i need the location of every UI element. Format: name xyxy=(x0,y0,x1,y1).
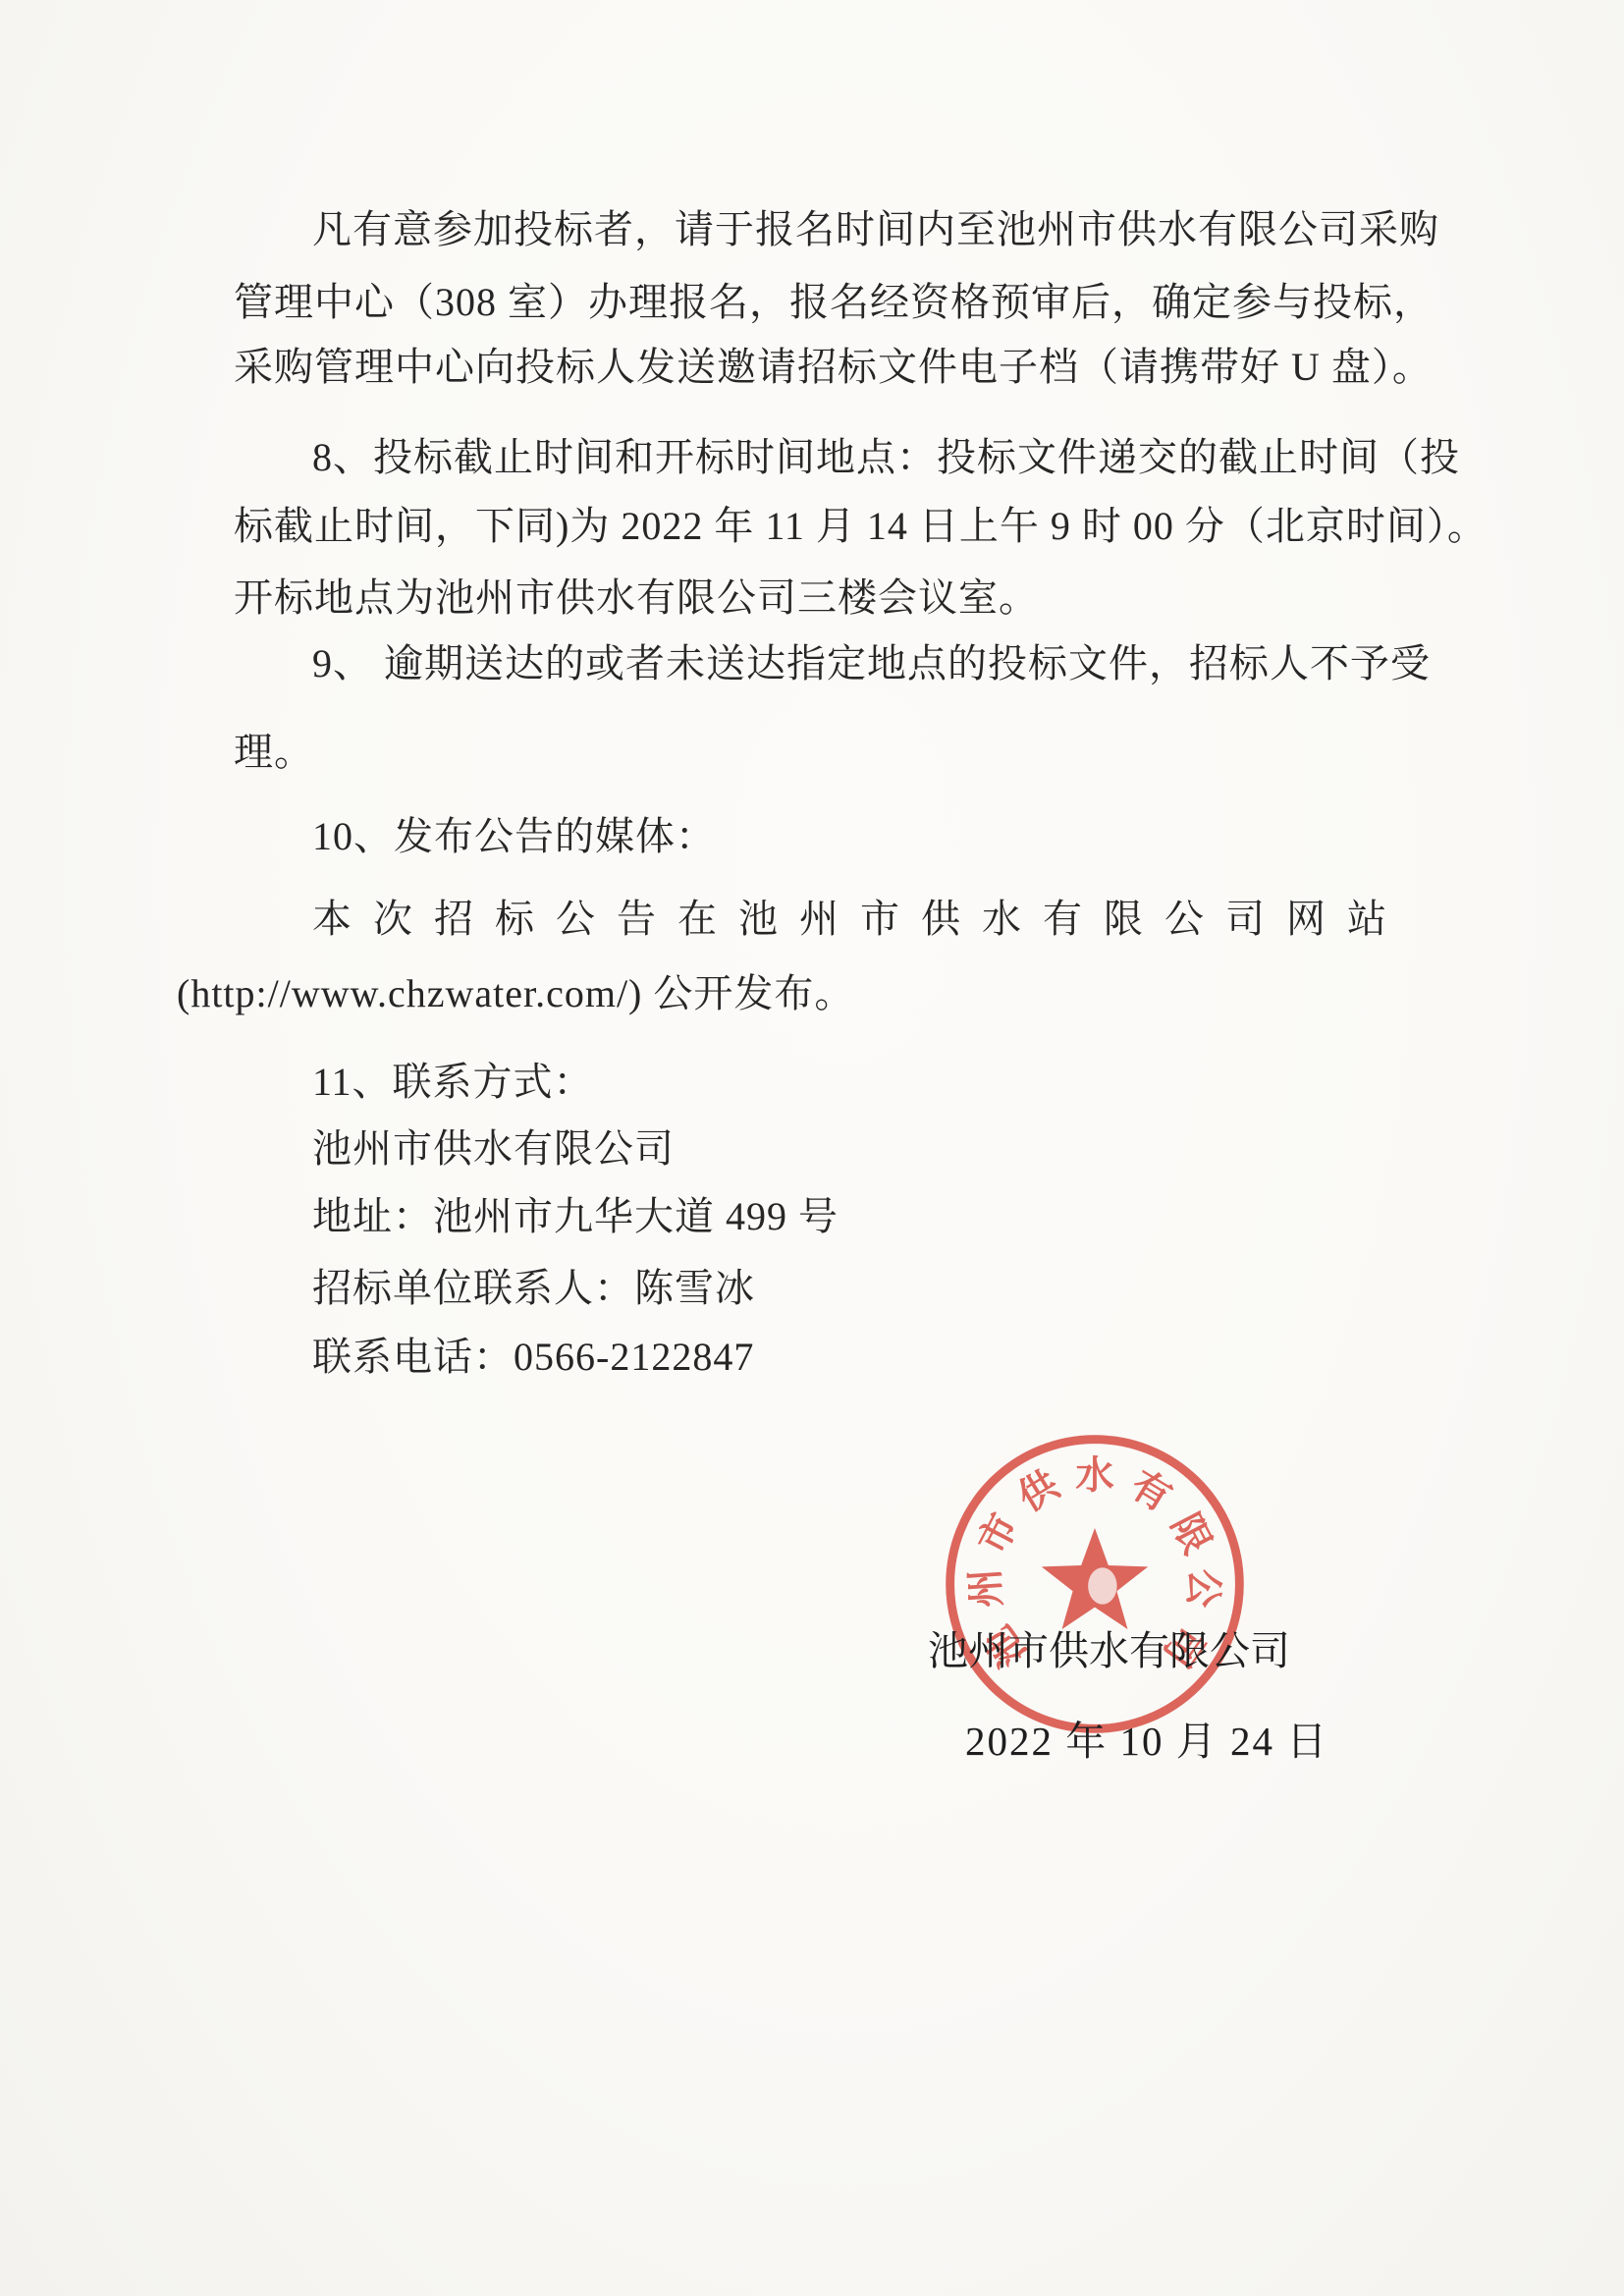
item11-address: 地址：池州市九华大道 499 号 xyxy=(312,1191,1500,1242)
item11-phone: 联系电话：0566-2122847 xyxy=(312,1332,1500,1383)
seal-ring-char: 供 xyxy=(1010,1462,1066,1519)
signature-company: 池州市供水有限公司 xyxy=(928,1618,1290,1676)
seal-ring-char: 有 xyxy=(1123,1463,1178,1520)
seal-ring-char: 水 xyxy=(1075,1453,1113,1497)
item11-heading: 11、联系方式： xyxy=(312,1057,1500,1108)
signature-date: 2022 年 10 月 24 日 xyxy=(965,1709,1328,1767)
document-page: 凡有意参加投标者，请于报名时间内至池州市供水有限公司采购 管理中心（308 室）… xyxy=(0,0,1624,2296)
intro-line-2: 管理中心（308 室）办理报名，报名经资格预审后，确定参与投标， xyxy=(234,277,1422,328)
intro-line-1: 凡有意参加投标者，请于报名时间内至池州市供水有限公司采购 xyxy=(312,204,1500,255)
item11-contact-person: 招标单位联系人：陈雪冰 xyxy=(312,1263,1500,1314)
seal-ink-void xyxy=(1088,1567,1116,1604)
seal-ring-char: 限 xyxy=(1163,1507,1218,1561)
item10-line-1: 本次招标公告在池州市供水有限公司网站 xyxy=(312,894,1500,945)
seal-ring-char: 州 xyxy=(964,1567,1008,1609)
item8-line-1: 8、投标截止时间和开标时间地点：投标文件递交的截止时间（投 xyxy=(312,432,1500,483)
seal-ring-char: 公 xyxy=(1180,1567,1225,1610)
item10-heading: 10、发布公告的媒体： xyxy=(312,811,1500,862)
item10-line-2: (http://www.chzwater.com/) 公开发布。 xyxy=(177,968,1365,1019)
official-seal: 池 州 市 供 水 有 限 公 司 xyxy=(931,1420,1259,1748)
item8-line-2: 标截止时间，下同)为 2022 年 11 月 14 日上午 9 时 00 分（北… xyxy=(234,501,1422,552)
seal-ring-char: 市 xyxy=(970,1506,1026,1560)
item9-line-2: 理。 xyxy=(234,727,1422,778)
intro-line-3: 采购管理中心向投标人发送邀请招标文件电子档（请携带好 U 盘）。 xyxy=(234,342,1422,393)
item9-line-1: 9、 逾期送达的或者未送达指定地点的投标文件，招标人不予受 xyxy=(312,638,1500,689)
item8-line-3: 开标地点为池州市供水有限公司三楼会议室。 xyxy=(234,573,1422,624)
item11-company: 池州市供水有限公司 xyxy=(312,1123,1500,1175)
